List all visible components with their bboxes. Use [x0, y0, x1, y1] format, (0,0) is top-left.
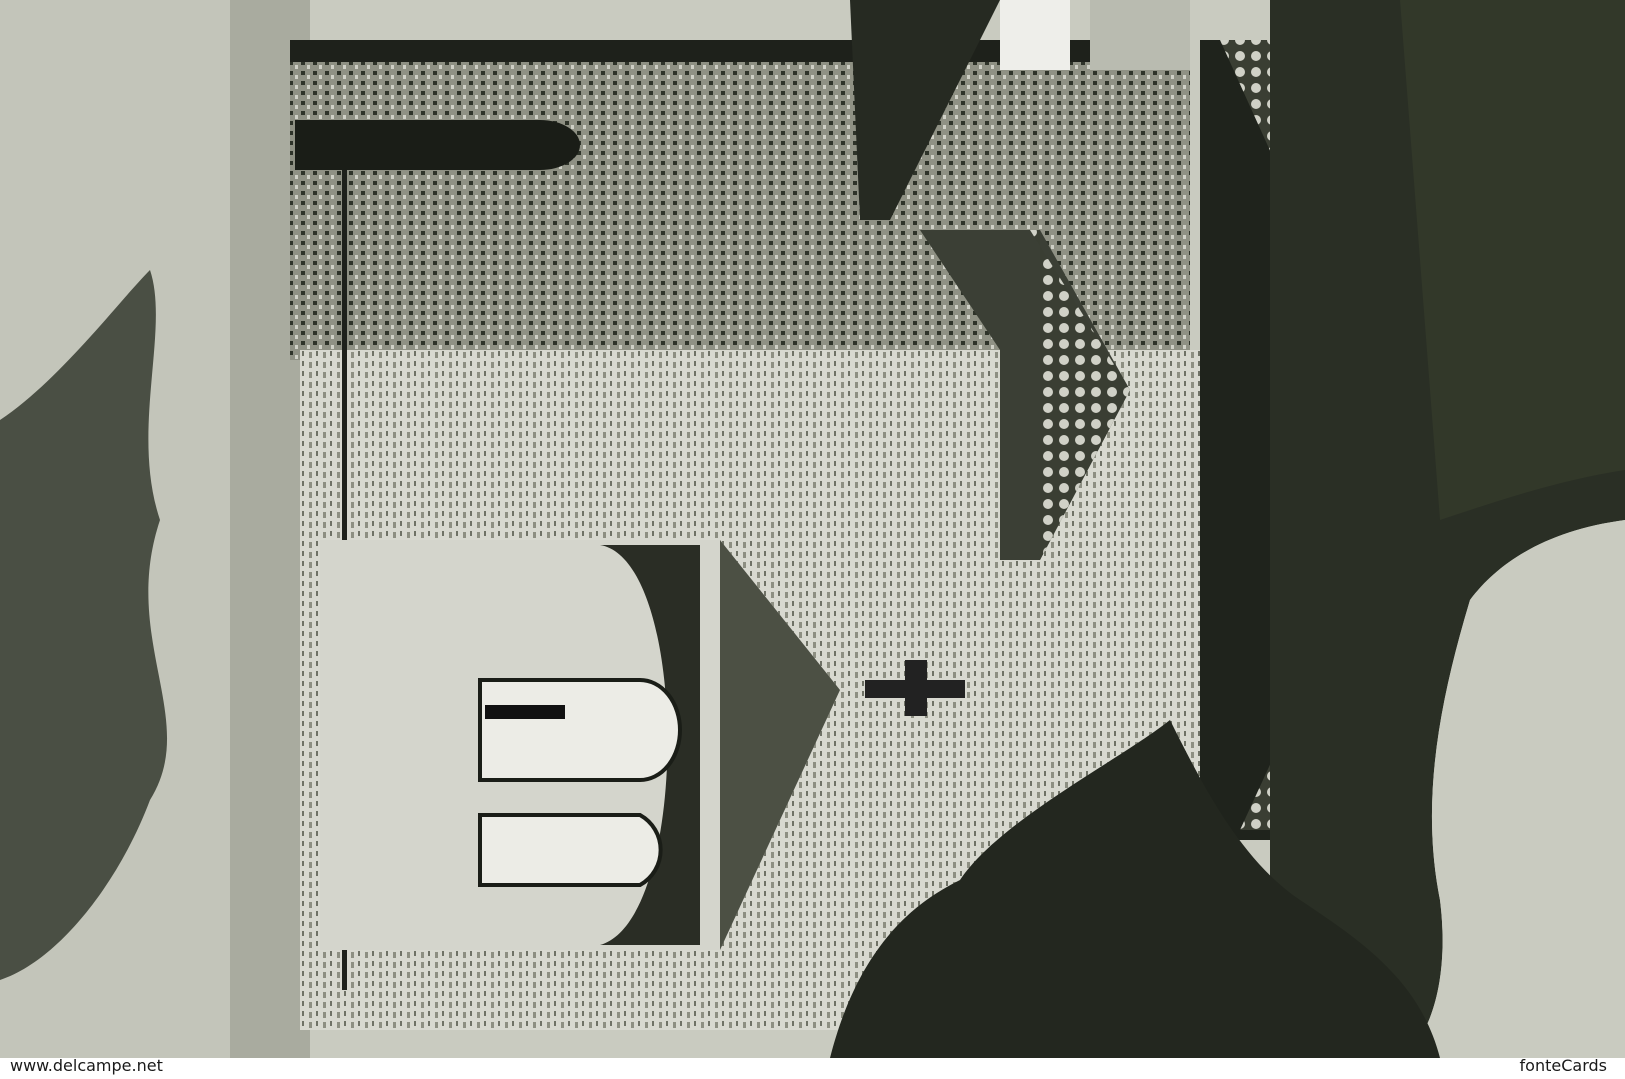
- arched-window-top: [295, 120, 580, 170]
- apse-slit: [485, 705, 565, 719]
- watermark-fontecards: fonteCards: [1520, 1056, 1607, 1076]
- postcard-photo: [0, 0, 1625, 1058]
- window-frame: [1090, 0, 1190, 70]
- bright-patch: [1000, 0, 1070, 70]
- apse-window-upper: [480, 680, 680, 780]
- watermark-delcampe: www.delcampe.net: [10, 1056, 163, 1076]
- cross-post: [905, 660, 927, 716]
- apse-window-lower: [480, 815, 661, 885]
- caption-strip: [0, 1058, 1625, 1079]
